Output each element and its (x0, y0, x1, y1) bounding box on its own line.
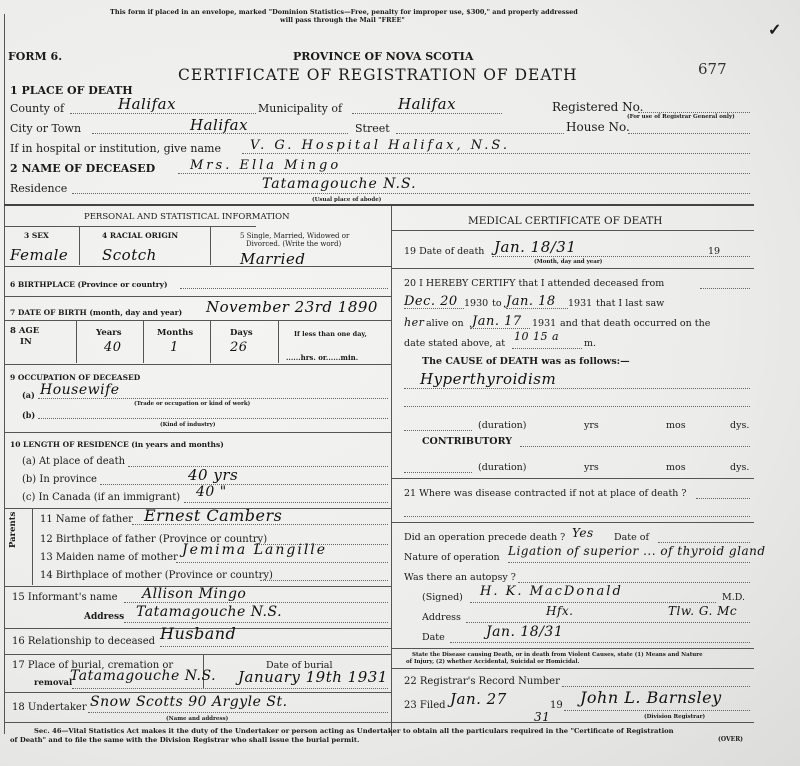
signed-line (470, 602, 716, 603)
residence-label: Residence (10, 182, 67, 195)
divider (278, 321, 279, 363)
divider (392, 268, 754, 269)
registered-no-note: (For use of Registrar General only) (627, 114, 735, 120)
form-number: FORM 6. (8, 50, 62, 63)
occ-b-label: (b) (22, 410, 35, 420)
county-line (70, 113, 256, 114)
record-number-line (562, 686, 750, 687)
registrar-signature: John L. Barnsley (580, 688, 722, 707)
undertaker-value: Snow Scotts 90 Argyle St. (90, 694, 288, 710)
date-of-label: Date of (614, 532, 649, 543)
municipality-label: Municipality of (258, 102, 342, 115)
contracted-label: 21 Where was disease contracted if not a… (404, 488, 687, 499)
county-value: Halifax (118, 95, 176, 113)
informant-label: 15 Informant's name (12, 592, 118, 603)
operation-label: Did an operation precede death ? (404, 532, 565, 543)
over-label: (OVER) (718, 736, 743, 743)
mother-birthplace-line (260, 580, 388, 581)
bottom-divider (4, 722, 754, 723)
operation-value: Yes (572, 526, 594, 540)
page-title: CERTIFICATE OF REGISTRATION OF DEATH (178, 66, 578, 84)
time-value: 10 15 a (514, 330, 559, 343)
municipality-line (352, 113, 502, 114)
res-c-line (184, 502, 388, 503)
relationship-line (160, 646, 388, 647)
date-of-death-note: (Month, day and year) (534, 259, 602, 265)
residence-value: Tatamagouche N.S. (262, 176, 417, 192)
column-divider (391, 206, 392, 736)
divider (4, 654, 391, 655)
years-value: 40 (104, 340, 122, 355)
residence-note: (Usual place of abode) (312, 197, 381, 203)
residence-length-label: 10 LENGTH OF RESIDENCE (in years and mon… (10, 440, 224, 449)
medical-section-title: MEDICAL CERTIFICATE OF DEATH (468, 215, 662, 227)
occ-b-line (38, 418, 388, 419)
res-b-value: 40 yrs (188, 466, 238, 484)
contrib-dys-label: dys. (730, 462, 749, 473)
sex-label: 3 SEX (24, 231, 49, 240)
occ-a-value: Housewife (40, 382, 120, 398)
undertaker-label: 18 Undertaker (12, 702, 87, 713)
mother-value: Jemima Langille (182, 542, 327, 558)
divider (392, 230, 754, 231)
date-stated-label: date stated above, at (404, 338, 505, 349)
relationship-label: 16 Relationship to deceased (12, 636, 155, 647)
informant-address-value: Tatamagouche N.S. (136, 604, 282, 620)
province-heading: PROVINCE OF NOVA SCOTIA (293, 50, 473, 63)
municipality-value: Halifax (398, 95, 456, 113)
address-extra: Tlw. G. Mc (668, 604, 737, 618)
mother-label: 13 Maiden name of mother (40, 552, 178, 563)
age-label-2: IN (20, 337, 32, 347)
alive-on-year: 1931 (532, 318, 556, 329)
relationship-value: Husband (160, 624, 236, 643)
cause-label: The CAUSE of DEATH was as follows:— (422, 356, 630, 367)
registered-no-line (638, 112, 750, 113)
res-c-label: (c) In Canada (if an immigrant) (22, 492, 180, 503)
divider (79, 227, 80, 265)
house-no-line (628, 133, 750, 134)
divider (4, 296, 391, 297)
father-value: Ernest Cambers (144, 506, 282, 525)
attended-to-value: Jan. 18 (506, 294, 556, 309)
divider (4, 320, 391, 321)
form-left-border (4, 14, 5, 734)
nature-label: Nature of operation (404, 552, 500, 563)
hospital-label: If in hospital or institution, give name (10, 142, 221, 155)
last-saw-label: that I last saw (596, 298, 664, 309)
divider (4, 364, 391, 365)
contrib-duration-line (404, 472, 472, 473)
contracted-line (696, 498, 750, 499)
divider (210, 321, 211, 363)
mos-label: mos (666, 420, 686, 431)
burial-place-value: Tatamagouche N.S. (70, 668, 216, 684)
birthplace-line (180, 288, 388, 289)
house-no-label: House No. (566, 120, 630, 134)
divider (76, 321, 77, 363)
contrib-duration-label: (duration) (478, 462, 527, 473)
footer-line-1: Sec. 46—Vital Statistics Act makes it th… (34, 727, 674, 735)
death-occurred-label: and that death occurred on the (560, 318, 710, 329)
res-a-line (128, 466, 388, 467)
signed-label: (Signed) (422, 592, 463, 603)
m-label: m. (584, 338, 596, 349)
occ-a-note: (Trade or occupation or kind of work) (134, 401, 250, 407)
attended-to-year: 1931 (568, 298, 592, 309)
divider (392, 478, 754, 479)
deceased-name-value: Mrs. Ella Mingo (190, 158, 341, 173)
personal-section-title: PERSONAL AND STATISTICAL INFORMATION (84, 212, 290, 222)
undertaker-line (88, 712, 388, 713)
less-than-day-label: If less than one day, (294, 330, 367, 338)
pronoun-value: her (404, 316, 424, 329)
burial-label-2: removal (34, 678, 72, 688)
divider (4, 266, 391, 267)
divider (392, 648, 754, 649)
res-c-value: 40 " (196, 484, 227, 500)
birthplace-label: 6 BIRTHPLACE (Province or country) (10, 280, 168, 289)
record-number-label: 22 Registrar's Record Number (404, 676, 560, 687)
registered-no-label: Registered No. (552, 100, 643, 114)
divider (210, 227, 211, 265)
contributory-line (520, 446, 750, 447)
occ-a-label: (a) (22, 390, 35, 400)
sex-value: Female (10, 246, 68, 264)
age-label-1: 8 AGE (10, 326, 39, 336)
place-of-death-heading: 1 PLACE OF DEATH (10, 84, 133, 97)
divider (143, 321, 144, 363)
address-label: Address (422, 612, 461, 623)
time-line (512, 348, 582, 349)
filed-year-prefix: 19 (550, 700, 563, 711)
racial-origin-label: 4 RACIAL ORIGIN (102, 231, 178, 240)
mother-birthplace-label: 14 Birthplace of mother (Province or cou… (40, 570, 273, 581)
occ-a-line (38, 398, 388, 399)
marital-label-2: Divorced. (Write the word) (246, 240, 341, 248)
city-value: Halifax (190, 116, 248, 134)
certify-label: 20 I HEREBY CERTIFY that I attended dece… (404, 278, 664, 289)
street-label: Street (355, 122, 390, 135)
county-label: County of (10, 102, 64, 115)
informant-line (124, 602, 388, 603)
contracted-line-2 (404, 516, 750, 517)
dob-label: 7 DATE OF BIRTH (month, day and year) (10, 308, 182, 317)
divider (4, 692, 391, 693)
burial-date-value: January 19th 1931 (238, 668, 388, 686)
disease-note-1: State the Disease causing Death, or in d… (412, 652, 703, 658)
res-b-line (100, 484, 388, 485)
racial-origin-value: Scotch (102, 246, 157, 264)
nature-value: Ligation of superior ... of thyroid glan… (508, 544, 766, 558)
divider (32, 509, 33, 585)
to-label: to (492, 298, 502, 309)
date-of-line (658, 542, 750, 543)
date-line (450, 642, 750, 643)
divider (392, 668, 754, 669)
burial-line (72, 688, 388, 689)
marital-label-1: 5 Single, Married, Widowed or (240, 232, 349, 240)
days-label: Days (230, 328, 253, 338)
divider (392, 522, 754, 523)
date-value: Jan. 18/31 (486, 624, 563, 640)
check-mark: ✓ (768, 20, 781, 39)
disease-note-2: of Injury, (2) whether Accidental, Suici… (406, 659, 579, 665)
mail-notice-line2: will pass through the Mail "FREE" (280, 16, 405, 24)
filed-value: Jan. 27 (450, 690, 507, 708)
contrib-yrs-label: yrs (584, 462, 599, 473)
informant-address-label: Address (84, 612, 124, 622)
death-certificate: This form if placed in an envelope, mark… (0, 0, 800, 766)
footer-line-2: of Death" and to file the same with the … (10, 736, 359, 744)
cause-value: Hyperthyroidism (420, 370, 556, 388)
dys-label: dys. (730, 420, 749, 431)
parents-label: Parents (8, 512, 18, 548)
registrar-line (564, 710, 750, 711)
years-label: Years (96, 328, 122, 338)
date-of-death-label: 19 Date of death (404, 246, 484, 257)
hospital-value: V. G. Hospital Halifax, N.S. (250, 138, 510, 153)
date-label: Date (422, 632, 445, 643)
mother-line (176, 562, 388, 563)
cause-line-2 (404, 406, 750, 407)
hrs-min-label: ......hrs. or......min. (286, 353, 358, 362)
attended-from-value: Dec. 20 (404, 294, 458, 309)
section-divider (4, 204, 754, 206)
signed-value: H. K. MacDonald (480, 584, 623, 599)
occ-b-note: (Kind of industry) (160, 422, 215, 428)
address-value: Hfx. (546, 604, 574, 618)
stamp-number: 677 (698, 60, 727, 78)
duration-label: (duration) (478, 420, 527, 431)
divider (4, 432, 391, 433)
dob-value: November 23rd 1890 (206, 298, 378, 316)
mail-notice-line1: This form if placed in an envelope, mark… (110, 8, 578, 16)
certify-line (700, 288, 750, 289)
attended-from-year: 1930 (464, 298, 488, 309)
father-label: 11 Name of father (40, 514, 133, 525)
deceased-name-label: 2 NAME OF DECEASED (10, 162, 155, 175)
res-b-label: (b) In province (22, 474, 97, 485)
res-a-label: (a) At place of death (22, 456, 125, 467)
autopsy-line (518, 582, 750, 583)
occupation-label: 9 OCCUPATION OF DECEASED (10, 373, 140, 382)
alive-on-label: alive on (426, 318, 464, 329)
months-label: Months (157, 328, 193, 338)
duration-line (404, 430, 472, 431)
residence-line (72, 193, 750, 194)
days-value: 26 (230, 340, 248, 355)
alive-on-value: Jan. 17 (472, 314, 522, 329)
hospital-line (242, 153, 750, 154)
contrib-mos-label: mos (666, 462, 686, 473)
nature-line (508, 562, 750, 563)
date-of-death-value: Jan. 18/31 (494, 238, 576, 256)
md-label: M.D. (722, 592, 745, 603)
yrs-label: yrs (584, 420, 599, 431)
deceased-name-line (178, 173, 750, 174)
street-line (396, 133, 564, 134)
informant-address-line (124, 622, 388, 623)
contributory-label: CONTRIBUTORY (422, 436, 512, 447)
registrar-note: (Division Registrar) (644, 714, 705, 720)
divider (4, 226, 256, 227)
filed-label: 23 Filed (404, 700, 446, 711)
informant-value: Allison Mingo (142, 586, 246, 602)
cause-line-1 (404, 388, 750, 389)
months-value: 1 (170, 340, 179, 355)
date-year-suffix: 19 (708, 246, 720, 257)
address-line (466, 622, 750, 623)
autopsy-label: Was there an autopsy ? (404, 572, 516, 583)
city-label: City or Town (10, 122, 81, 135)
